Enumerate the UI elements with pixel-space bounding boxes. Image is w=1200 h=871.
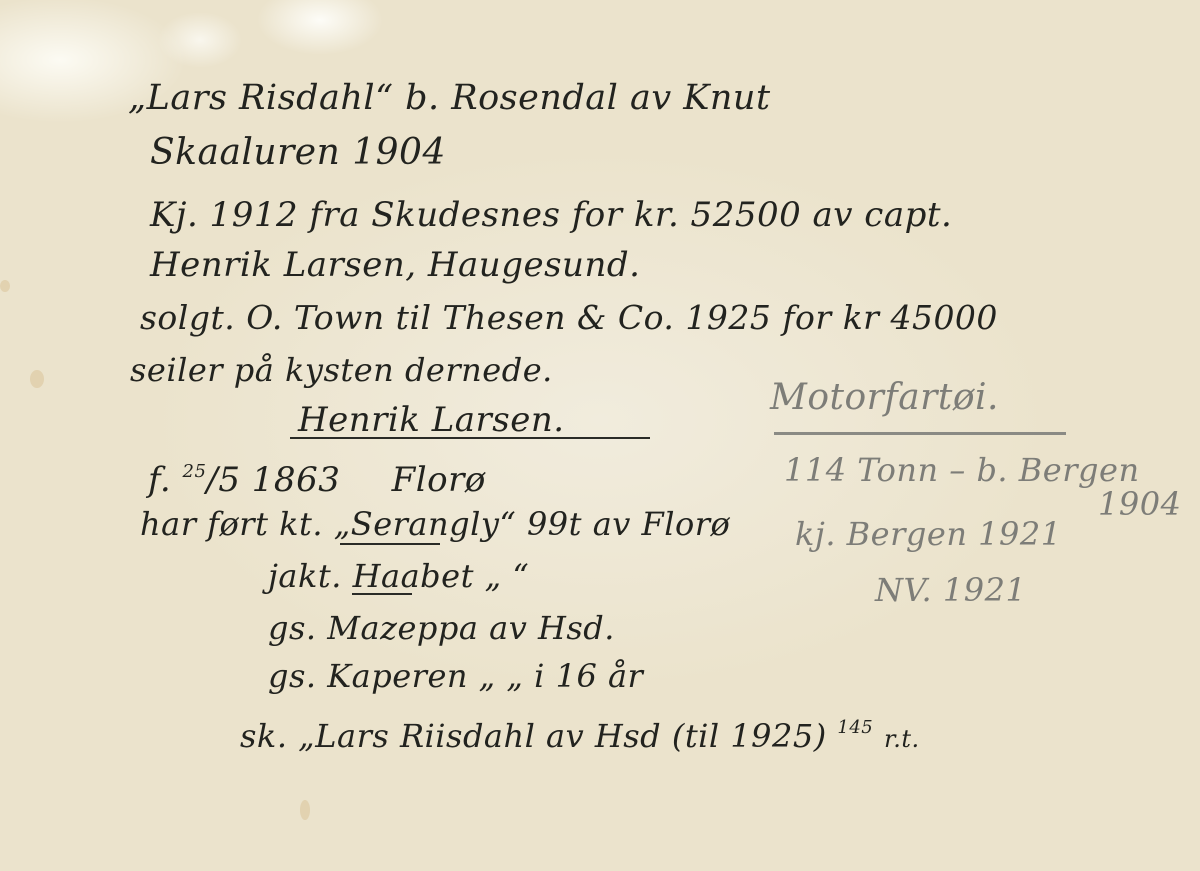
document-page: „Lars Risdahl“ b. Rosendal av Knut Skaal… (0, 0, 1200, 871)
birth-date: /5 1863 (206, 460, 340, 500)
pencil-line-tonnage: 114 Tonn – b. Bergen (784, 450, 1140, 490)
history-lars-riisdahl-text: sk. „Lars Riisdahl av Hsd (til 1925) (240, 717, 827, 755)
pencil-line-bought: kj. Bergen 1921 (795, 514, 1062, 554)
history-line-mazeppa: gs. Mazeppa av Hsd. (268, 608, 615, 648)
ink-line-ship-name: „Lars Risdahl“ b. Rosendal av Knut (128, 78, 771, 118)
captain-heading-underline (290, 437, 650, 439)
haabet-underline (352, 593, 412, 595)
ink-line-purchase: Kj. 1912 fra Skudesnes for kr. 52500 av … (150, 195, 952, 235)
pencil-heading-underline (774, 432, 1066, 435)
tonnage-unit: r.t. (884, 725, 920, 753)
history-line-haabet: jakt. Haabet „ “ (268, 556, 529, 596)
pencil-line-year: 1904 (1098, 484, 1181, 524)
tonnage-value: 145 (837, 717, 873, 738)
ink-line-builder: Skaaluren 1904 (150, 133, 446, 173)
history-line-kaperen: gs. Kaperen „ „ i 16 år (268, 656, 643, 696)
ink-line-captain: Henrik Larsen, Haugesund. (150, 245, 640, 285)
captain-heading: Henrik Larsen. (298, 400, 565, 440)
birth-day: 25 (183, 461, 207, 482)
birth-place: Florø (392, 460, 486, 500)
captain-birth: f. 25/5 1863 Florø (148, 452, 486, 500)
ink-line-sailing: seiler på kysten dernede. (130, 350, 553, 390)
history-line-lars-riisdahl: sk. „Lars Riisdahl av Hsd (til 1925) 145… (240, 708, 920, 759)
birth-prefix: f. (148, 460, 171, 500)
serangly-underline (340, 543, 440, 545)
ink-line-sold: solgt. O. Town til Thesen & Co. 1925 for… (140, 298, 998, 338)
paper-stain (0, 280, 10, 292)
paper-stain (30, 370, 44, 388)
paper-stain (300, 800, 310, 820)
pencil-heading: Motorfartøi. (770, 378, 999, 418)
pencil-line-nv: NV. 1921 (875, 570, 1026, 610)
captain-history-intro: har ført kt. „Serangly“ 99t av Florø (140, 504, 730, 544)
